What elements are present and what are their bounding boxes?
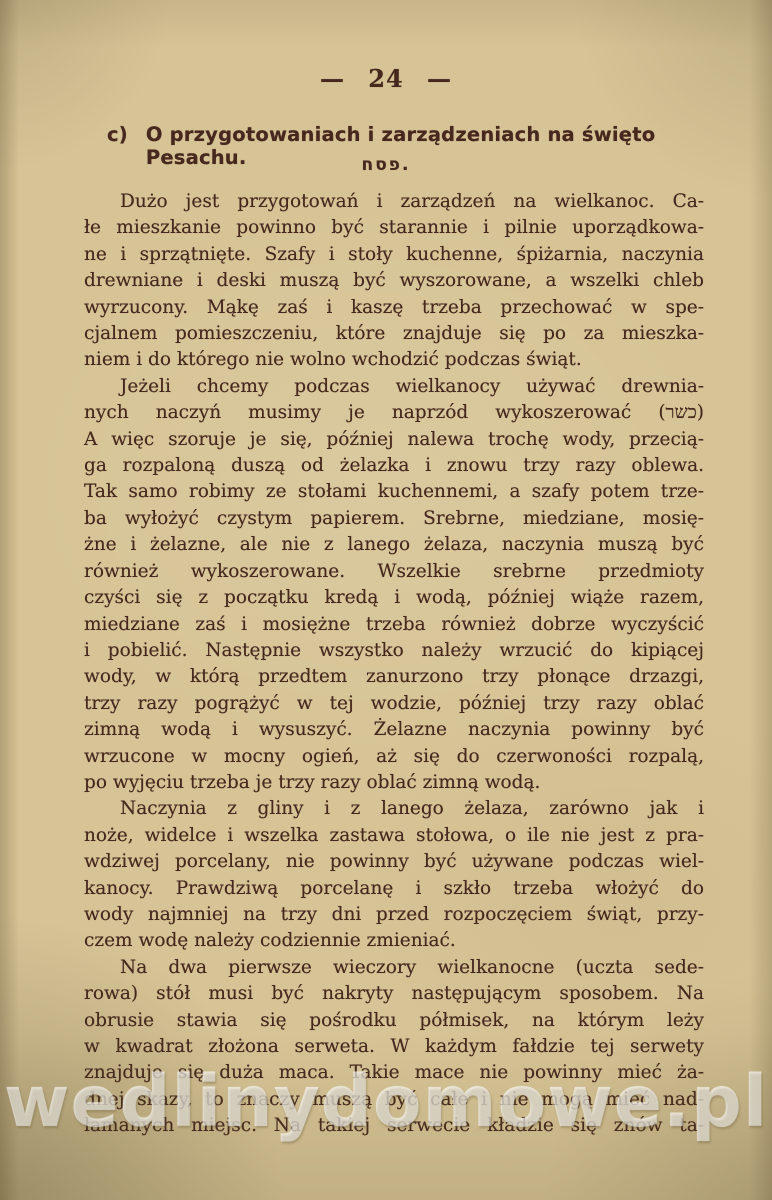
text-line: rowa) stół musi być nakryty następującym…	[84, 981, 704, 1007]
text-line: czyści się z początku kredą i wodą, późn…	[84, 585, 704, 611]
text-line: Tak samo robimy ze stołami kuchennemi, a…	[84, 479, 704, 505]
page-number: — 24 —	[0, 64, 772, 93]
body-text: Dużo jest przygotowań i zarządzeń na wie…	[84, 189, 704, 1140]
text-line: wody najmniej na trzy dni przed rozpoczę…	[84, 902, 704, 928]
text-line: Dużo jest przygotowań i zarządzeń na wie…	[84, 189, 704, 215]
text-line: w kwadrat złożona serweta. W każdym fałd…	[84, 1034, 704, 1060]
text-line: miedziane zaś i mosiężne trzeba również …	[84, 612, 704, 638]
text-line: łamanych miejsc. Na takiej serwecie kład…	[84, 1113, 704, 1139]
text-line: znajduje się duża maca. Takie mace nie p…	[84, 1060, 704, 1086]
text-line: również wykoszerowane. Wszelkie srebrne …	[84, 559, 704, 585]
text-line: wdziwej porcelany, nie powinny być używa…	[84, 849, 704, 875]
text-line: czem wodę należy codziennie zmieniać.	[84, 928, 704, 954]
text-line: noże, widelce i wszelka zastawa stołowa,…	[84, 823, 704, 849]
text-line: żne i żelazne, ale nie z lanego żelaza, …	[84, 532, 704, 558]
text-line: łe mieszkanie powinno być starannie i pi…	[84, 215, 704, 241]
text-line: kanocy. Prawdziwą porcelanę i szkło trze…	[84, 876, 704, 902]
text-line: obrusie stawia się pośrodku półmisek, na…	[84, 1008, 704, 1034]
page-scan: — 24 — c) O przygotowaniach i zarządzeni…	[0, 0, 772, 1200]
text-line: wody, w którą przedtem zanurzono trzy pł…	[84, 664, 704, 690]
text-line: Jeżeli chcemy podczas wielkanocy używać …	[84, 374, 704, 400]
heading-hebrew-subtitle: פסח.	[0, 155, 772, 175]
text-line: ba wyłożyć czystym papierem. Srebrne, mi…	[84, 506, 704, 532]
text-line: po wyjęciu trzeba je trzy razy oblać zim…	[84, 770, 704, 796]
text-line: niem i do którego nie wolno wchodzić pod…	[84, 347, 704, 373]
text-line: dnej skazy, to znaczy muszą być całe i n…	[84, 1087, 704, 1113]
text-line: ne i sprzątnięte. Szafy i stoły kuchenne…	[84, 242, 704, 268]
text-line: trzy razy pogrążyć w tej wodzie, później…	[84, 691, 704, 717]
text-line: A więc szoruje je się, później nalewa tr…	[84, 427, 704, 453]
text-line: zimną wodą i wysuszyć. Żelazne naczynia …	[84, 717, 704, 743]
text-line: nych naczyń musimy je naprzód wykoszerow…	[84, 400, 704, 426]
text-line: wyrzucony. Mąkę zaś i kaszę trzeba przec…	[84, 295, 704, 321]
text-line: drewniane i deski muszą być wyszorowane,…	[84, 268, 704, 294]
text-line: ga rozpaloną duszą od żelazka i znowu tr…	[84, 453, 704, 479]
text-line: cjalnem pomieszczeniu, które znajduje si…	[84, 321, 704, 347]
text-line: Naczynia z gliny i z lanego żelaza, zaró…	[84, 796, 704, 822]
text-line: wrzucone w mocny ogień, aż się do czerwo…	[84, 744, 704, 770]
text-line: i pobielić. Następnie wszystko należy wr…	[84, 638, 704, 664]
text-line: Na dwa pierwsze wieczory wielkanocne (uc…	[84, 955, 704, 981]
